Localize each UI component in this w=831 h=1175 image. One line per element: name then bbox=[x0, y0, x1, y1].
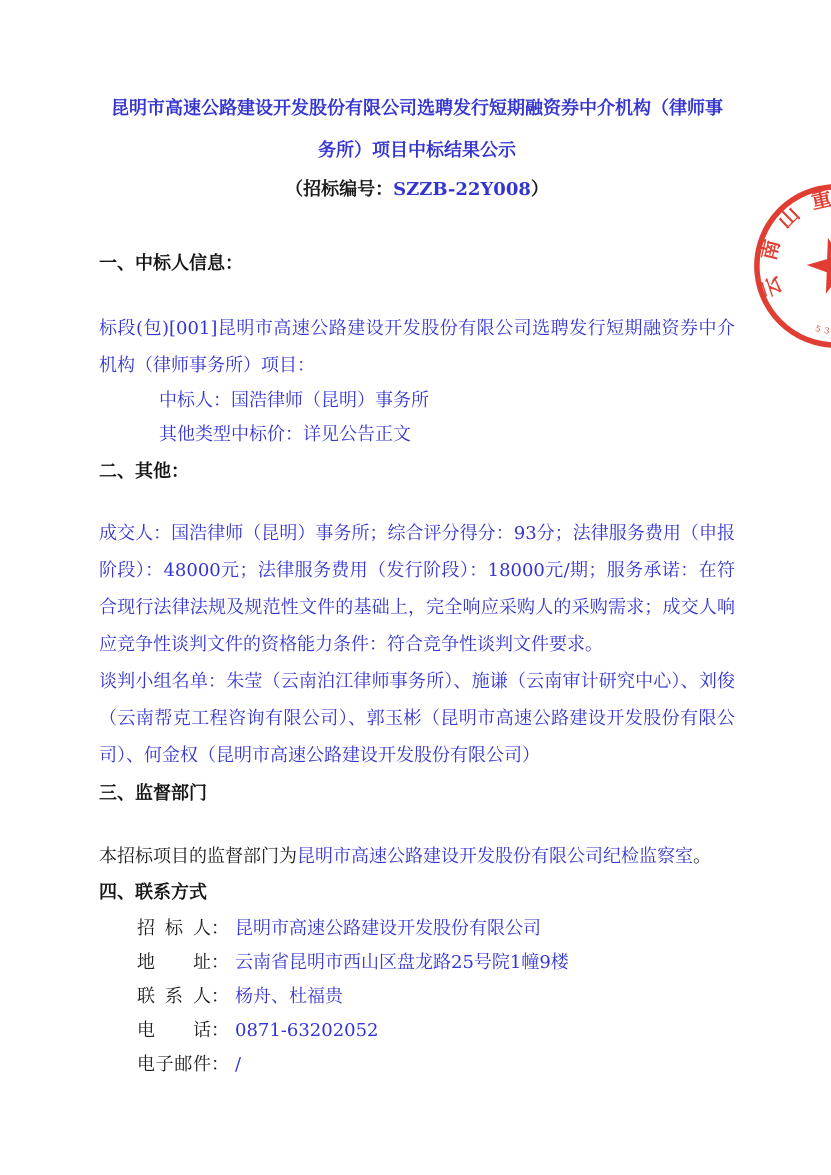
contact-colon: ： bbox=[211, 952, 229, 973]
contact-value: 昆明市高速公路建设开发股份有限公司 bbox=[235, 918, 541, 939]
seal-ring-text: 云南山重建设工程 bbox=[735, 165, 831, 303]
contact-row-address: 地址：云南省昆明市西山区盘龙路25号院1幢9楼 bbox=[99, 946, 735, 980]
contact-value: 杨舟、杜福贵 bbox=[235, 986, 343, 1007]
section-heading-supervision: 三、监督部门 bbox=[99, 776, 735, 812]
contact-row-email: 电子邮件：/ bbox=[99, 1048, 735, 1082]
contact-label: 地址 bbox=[137, 946, 211, 980]
supervision-paragraph: 本招标项目的监督部门为昆明市高速公路建设开发股份有限公司纪检监察室。 bbox=[99, 839, 735, 875]
winner-line: 中标人：国浩律师（昆明）事务所 bbox=[99, 384, 735, 418]
contact-label: 联系人 bbox=[137, 980, 211, 1014]
contact-colon: ： bbox=[211, 918, 229, 939]
tender-number-suffix: ） bbox=[531, 179, 549, 200]
contact-row-phone: 电话：0871-63202052 bbox=[99, 1014, 735, 1048]
contact-value: 云南省昆明市西山区盘龙路25号院1幢9楼 bbox=[235, 952, 569, 973]
contact-colon: ： bbox=[211, 986, 229, 1007]
contact-colon: ： bbox=[211, 1020, 229, 1041]
seal-serial: 5301··· bbox=[813, 318, 831, 339]
contact-colon: ： bbox=[211, 1054, 229, 1075]
supervision-suffix: 。 bbox=[693, 846, 711, 867]
deal-paragraph: 成交人：国浩律师（昆明）事务所；综合评分得分：93分；法律服务费用（申报阶段）：… bbox=[99, 515, 735, 663]
contact-label: 电话 bbox=[137, 1014, 211, 1048]
price-line: 其他类型中标价：详见公告正文 bbox=[99, 418, 735, 452]
contact-row-tenderee: 招标人：昆明市高速公路建设开发股份有限公司 bbox=[99, 912, 735, 946]
document-page: 昆明市高速公路建设开发股份有限公司选聘发行短期融资券中介机构（律师事 务所）项目… bbox=[0, 0, 831, 1175]
package-paragraph: 标段(包)[001]昆明市高速公路建设开发股份有限公司选聘发行短期融资券中介机构… bbox=[99, 310, 735, 384]
negotiation-panel-paragraph: 谈判小组名单：朱莹（云南泊江律师事务所）、施谦（云南审计研究中心）、刘俊（云南帮… bbox=[99, 663, 735, 774]
svg-text:5301···: 5301··· bbox=[813, 318, 831, 339]
section-heading-contact: 四、联系方式 bbox=[99, 875, 735, 911]
contact-row-person: 联系人：杨舟、杜福贵 bbox=[99, 980, 735, 1014]
document-title-line1: 昆明市高速公路建设开发股份有限公司选聘发行短期融资券中介机构（律师事 bbox=[99, 88, 735, 130]
document-title-line2: 务所）项目中标结果公示 bbox=[99, 130, 735, 172]
supervision-department: 昆明市高速公路建设开发股份有限公司纪检监察室 bbox=[297, 846, 693, 867]
contact-label: 招标人 bbox=[137, 912, 211, 946]
contact-list: 招标人：昆明市高速公路建设开发股份有限公司 地址：云南省昆明市西山区盘龙路25号… bbox=[99, 912, 735, 1082]
svg-text:云南山重建设工程: 云南山重建设工程 bbox=[735, 165, 831, 303]
section-heading-other: 二、其他： bbox=[99, 454, 735, 490]
tender-number-line: （招标编号：SZZB-22Y008） bbox=[99, 172, 735, 208]
supervision-prefix: 本招标项目的监督部门为 bbox=[99, 846, 297, 867]
section-heading-winner-info: 一、中标人信息： bbox=[99, 246, 735, 282]
document-title: 昆明市高速公路建设开发股份有限公司选聘发行短期融资券中介机构（律师事 务所）项目… bbox=[99, 88, 735, 172]
contact-value: / bbox=[235, 1054, 241, 1075]
tender-number: SZZB-22Y008 bbox=[393, 179, 531, 200]
contact-value: 0871-63202052 bbox=[235, 1020, 379, 1041]
tender-number-prefix: （招标编号： bbox=[285, 179, 393, 200]
contact-label: 电子邮件 bbox=[137, 1048, 211, 1082]
star-icon bbox=[801, 230, 831, 297]
